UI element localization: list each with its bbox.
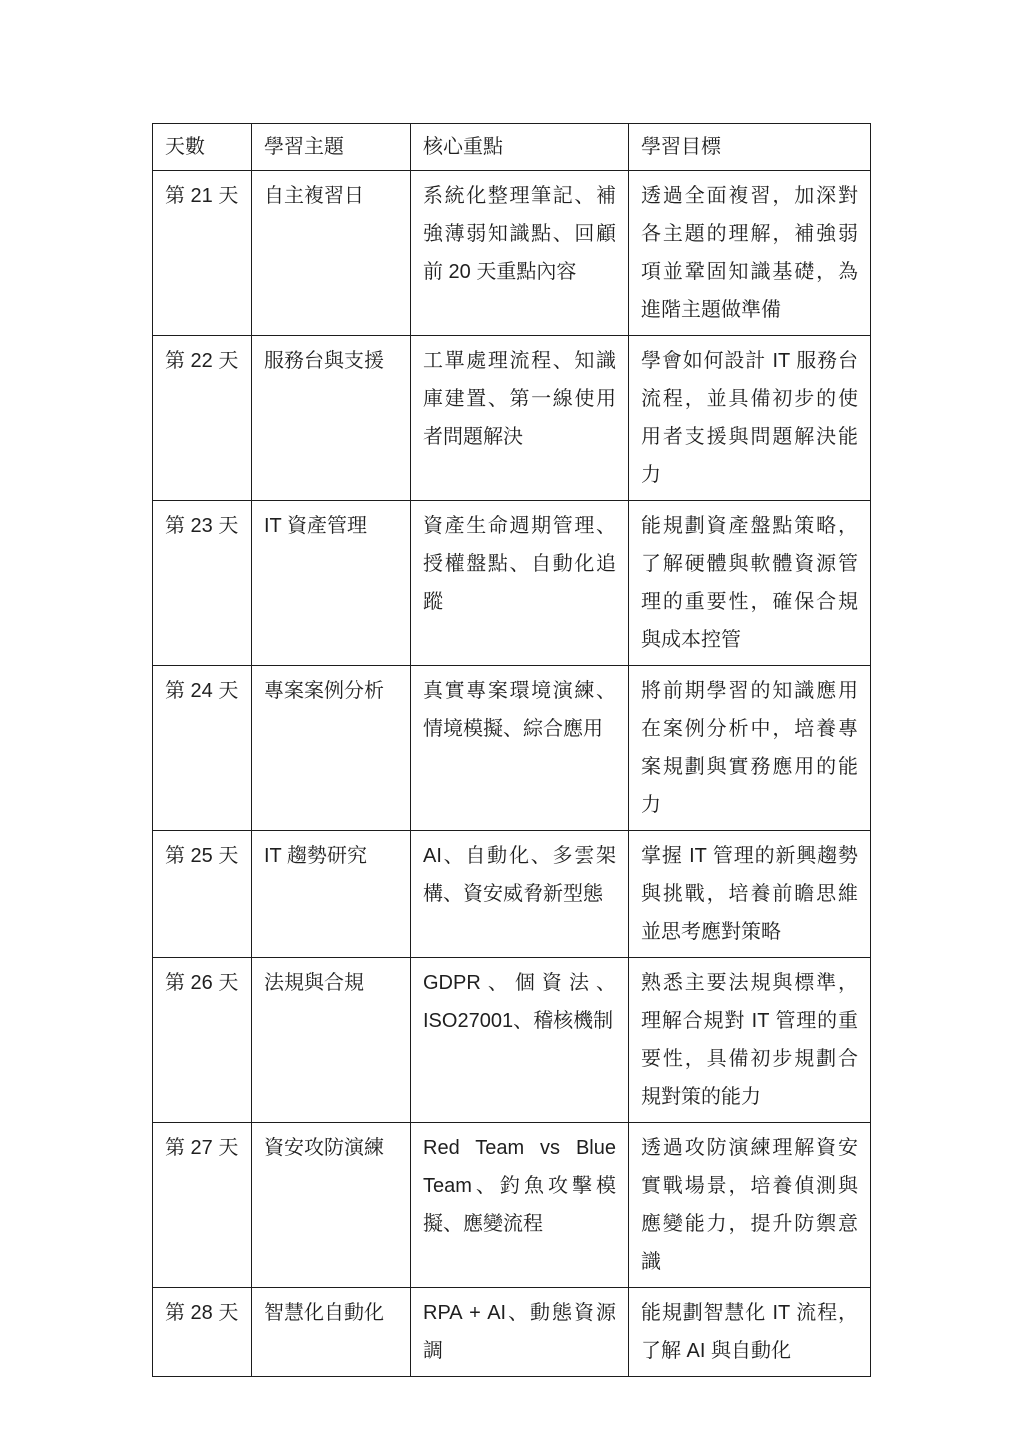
cell-day: 第 25 天 [153, 831, 252, 958]
cell-topic: 服務台與支援 [252, 336, 411, 501]
table-header-row: 天數 學習主題 核心重點 學習目標 [153, 124, 871, 171]
document-page: 天數 學習主題 核心重點 學習目標 第 21 天 自主複習日 系統化整理筆記、補… [0, 0, 1024, 1449]
header-topic: 學習主題 [252, 124, 411, 171]
cell-focus: Red Team vs Blue Team、釣魚攻擊模擬、應變流程 [411, 1123, 629, 1288]
table-row: 第 21 天 自主複習日 系統化整理筆記、補強薄弱知識點、回顧前 20 天重點內… [153, 171, 871, 336]
cell-focus: GDPR、個資法、ISO27001、稽核機制 [411, 958, 629, 1123]
cell-focus: 工單處理流程、知識庫建置、第一線使用者問題解決 [411, 336, 629, 501]
cell-topic: 專案案例分析 [252, 666, 411, 831]
cell-goal: 熟悉主要法規與標準，理解合規對 IT 管理的重要性，具備初步規劃合規對策的能力 [629, 958, 871, 1123]
cell-focus: 系統化整理筆記、補強薄弱知識點、回顧前 20 天重點內容 [411, 171, 629, 336]
header-day: 天數 [153, 124, 252, 171]
cell-focus: AI、自動化、多雲架構、資安威脅新型態 [411, 831, 629, 958]
cell-goal: 將前期學習的知識應用在案例分析中，培養專案規劃與實務應用的能力 [629, 666, 871, 831]
table-row: 第 28 天 智慧化自動化 RPA + AI、動態資源調 能規劃智慧化 IT 流… [153, 1288, 871, 1377]
cell-day: 第 26 天 [153, 958, 252, 1123]
cell-day: 第 27 天 [153, 1123, 252, 1288]
table-row: 第 26 天 法規與合規 GDPR、個資法、ISO27001、稽核機制 熟悉主要… [153, 958, 871, 1123]
cell-goal: 學會如何設計 IT 服務台流程，並具備初步的使用者支援與問題解決能力 [629, 336, 871, 501]
cell-topic: IT 趨勢研究 [252, 831, 411, 958]
table-row: 第 22 天 服務台與支援 工單處理流程、知識庫建置、第一線使用者問題解決 學會… [153, 336, 871, 501]
cell-focus: 真實專案環境演練、情境模擬、綜合應用 [411, 666, 629, 831]
cell-goal: 掌握 IT 管理的新興趨勢與挑戰，培養前瞻思維並思考應對策略 [629, 831, 871, 958]
table-row: 第 23 天 IT 資產管理 資產生命週期管理、授權盤點、自動化追蹤 能規劃資產… [153, 501, 871, 666]
cell-goal: 透過全面複習，加深對各主題的理解，補強弱項並鞏固知識基礎，為進階主題做準備 [629, 171, 871, 336]
cell-focus: 資產生命週期管理、授權盤點、自動化追蹤 [411, 501, 629, 666]
header-focus: 核心重點 [411, 124, 629, 171]
table-row: 第 27 天 資安攻防演練 Red Team vs Blue Team、釣魚攻擊… [153, 1123, 871, 1288]
cell-topic: IT 資產管理 [252, 501, 411, 666]
header-goal: 學習目標 [629, 124, 871, 171]
cell-topic: 智慧化自動化 [252, 1288, 411, 1377]
cell-day: 第 22 天 [153, 336, 252, 501]
table-row: 第 24 天 專案案例分析 真實專案環境演練、情境模擬、綜合應用 將前期學習的知… [153, 666, 871, 831]
cell-topic: 資安攻防演練 [252, 1123, 411, 1288]
study-plan-table: 天數 學習主題 核心重點 學習目標 第 21 天 自主複習日 系統化整理筆記、補… [152, 123, 871, 1377]
table-row: 第 25 天 IT 趨勢研究 AI、自動化、多雲架構、資安威脅新型態 掌握 IT… [153, 831, 871, 958]
cell-goal: 能規劃資產盤點策略，了解硬體與軟體資源管理的重要性，確保合規與成本控管 [629, 501, 871, 666]
cell-goal: 透過攻防演練理解資安實戰場景，培養偵測與應變能力，提升防禦意識 [629, 1123, 871, 1288]
cell-topic: 法規與合規 [252, 958, 411, 1123]
cell-day: 第 28 天 [153, 1288, 252, 1377]
cell-focus: RPA + AI、動態資源調 [411, 1288, 629, 1377]
cell-topic: 自主複習日 [252, 171, 411, 336]
cell-day: 第 23 天 [153, 501, 252, 666]
cell-day: 第 24 天 [153, 666, 252, 831]
cell-day: 第 21 天 [153, 171, 252, 336]
cell-goal: 能規劃智慧化 IT 流程，了解 AI 與自動化 [629, 1288, 871, 1377]
